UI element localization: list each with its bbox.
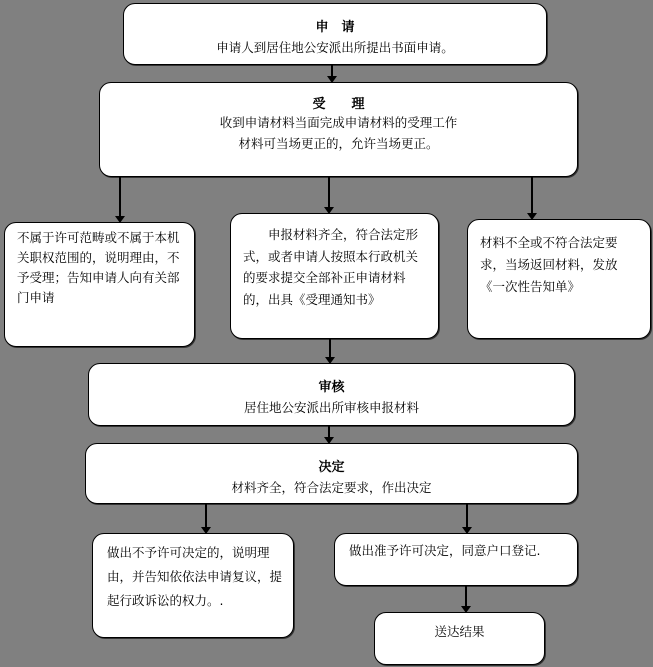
node-apply-text: 申请人到居住地公安派出所提出书面申请。 bbox=[124, 37, 546, 58]
node-accept-text-2: 材料可当场更正的，允许当场更正。 bbox=[100, 133, 577, 154]
node-accept: 受 理 收到申请材料当面完成申请材料的受理工作 材料可当场更正的，允许当场更正。 bbox=[99, 82, 578, 177]
node-deliver: 送达结果 bbox=[374, 612, 545, 665]
node-decide: 决定 材料齐全，符合法定要求，作出决定 bbox=[85, 443, 578, 504]
node-review: 审核 居住地公安派出所审核申报材料 bbox=[88, 363, 575, 426]
node-apply: 申 请 申请人到居住地公安派出所提出书面申请。 bbox=[123, 3, 547, 65]
arrow-accept-to-incomplete bbox=[531, 177, 533, 218]
node-review-title: 审核 bbox=[89, 376, 574, 395]
node-approve-text: 做出准予许可决定，同意户口登记. bbox=[335, 534, 577, 561]
node-incomplete: 材料不全或不符合法定要求，当场返回材料，发放《一次性告知单》 bbox=[467, 219, 651, 339]
node-accept-title: 受 理 bbox=[100, 93, 577, 112]
node-apply-title: 申 请 bbox=[124, 16, 546, 35]
node-deliver-text: 送达结果 bbox=[375, 621, 544, 642]
node-review-text: 居住地公安派出所审核申报材料 bbox=[89, 397, 574, 418]
arrow-accept-to-complete bbox=[328, 177, 330, 212]
node-reject-scope-text: 不属于许可范畴或不属于本机关职权范围的，说明理由，不予受理；告知申请人向有关部门… bbox=[5, 223, 194, 308]
arrow-approve-to-deliver bbox=[465, 586, 467, 611]
node-approve: 做出准予许可决定，同意户口登记. bbox=[334, 533, 578, 586]
node-complete-text: 申报材料齐全，符合法定形式，或者申请人按照本行政机关的要求提交全部补正申请材料的… bbox=[231, 214, 438, 310]
arrow-decide-to-approve bbox=[466, 504, 468, 532]
node-decide-text: 材料齐全，符合法定要求，作出决定 bbox=[86, 477, 577, 498]
arrow-complete-to-review bbox=[329, 339, 331, 362]
node-accept-text-1: 收到申请材料当面完成申请材料的受理工作 bbox=[100, 112, 577, 133]
node-decide-title: 决定 bbox=[86, 456, 577, 475]
arrow-accept-to-reject-scope bbox=[119, 177, 121, 221]
arrow-decide-to-deny bbox=[205, 504, 207, 532]
node-reject-scope: 不属于许可范畴或不属于本机关职权范围的，说明理由，不予受理；告知申请人向有关部门… bbox=[4, 222, 195, 347]
node-deny-text: 做出不予许可决定的，说明理由，并告知依依法申请复议，提起行政诉讼的权力。. bbox=[93, 534, 293, 613]
arrow-apply-to-accept bbox=[331, 65, 333, 81]
node-incomplete-text: 材料不全或不符合法定要求，当场返回材料，发放《一次性告知单》 bbox=[468, 220, 650, 298]
node-deny: 做出不予许可决定的，说明理由，并告知依依法申请复议，提起行政诉讼的权力。. bbox=[92, 533, 294, 638]
arrow-review-to-decide bbox=[328, 426, 330, 442]
node-complete: 申报材料齐全，符合法定形式，或者申请人按照本行政机关的要求提交全部补正申请材料的… bbox=[230, 213, 439, 339]
